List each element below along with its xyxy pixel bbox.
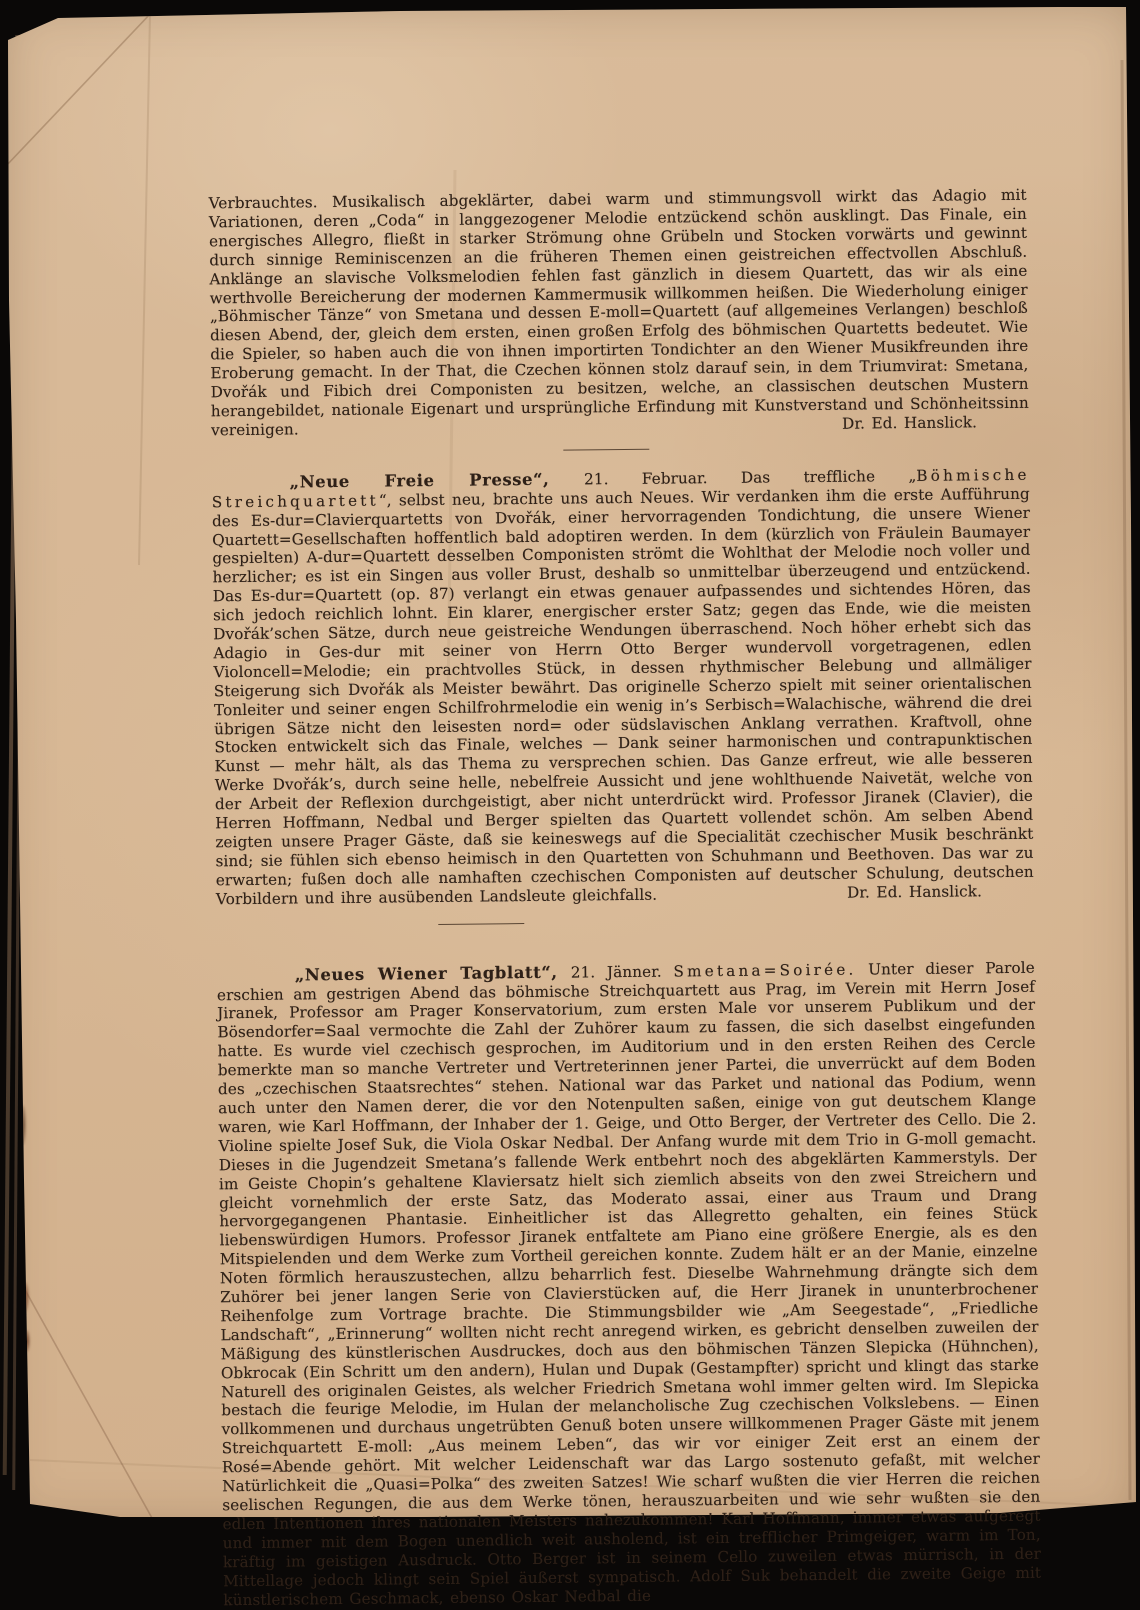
scan-background: Verbrauchtes. Musikalisch abgeklärter, d… xyxy=(0,0,1140,1529)
paragraph-text: 21. Februar. Das treffliche „ xyxy=(584,467,916,488)
reviewer-signature: Dr. Ed. Hanslick. xyxy=(842,413,977,432)
paragraph-text: 21. Jänner. xyxy=(571,962,674,981)
section-divider xyxy=(563,449,649,451)
paper-stain xyxy=(21,1282,29,1312)
paper-stain xyxy=(23,1330,30,1352)
emphasized-event-name: Smetana=Soirée. xyxy=(673,960,856,980)
review-paragraph-neue-freie-presse: „Neue Freie Presse“, 21. Februar. Das tr… xyxy=(212,466,1035,909)
paper-stain xyxy=(20,1105,26,1145)
review-paragraph-neues-wiener-tagblatt: „Neues Wiener Tagblatt“, 21. Jänner. Sme… xyxy=(217,958,1042,1529)
paragraph-text: “, selbst neu, brachte uns auch Neues. W… xyxy=(212,484,1034,908)
reviewer-signature: Dr. Ed. Hanslick. xyxy=(847,882,982,901)
text-column: Verbrauchtes. Musikalisch abgeklärter, d… xyxy=(209,186,1042,1529)
publication-name: „Neue Freie Presse“, xyxy=(290,469,585,491)
section-divider xyxy=(438,923,524,925)
review-paragraph-continuation: Verbrauchtes. Musikalisch abgeklärter, d… xyxy=(209,186,1030,440)
paragraph-text: Verbrauchtes. Musikalisch abgeklärter, d… xyxy=(209,186,1029,439)
paragraph-text: Unter dieser Parole erschien am gestrige… xyxy=(217,958,1041,1529)
publication-name: „Neues Wiener Tagblatt“, xyxy=(295,962,571,984)
